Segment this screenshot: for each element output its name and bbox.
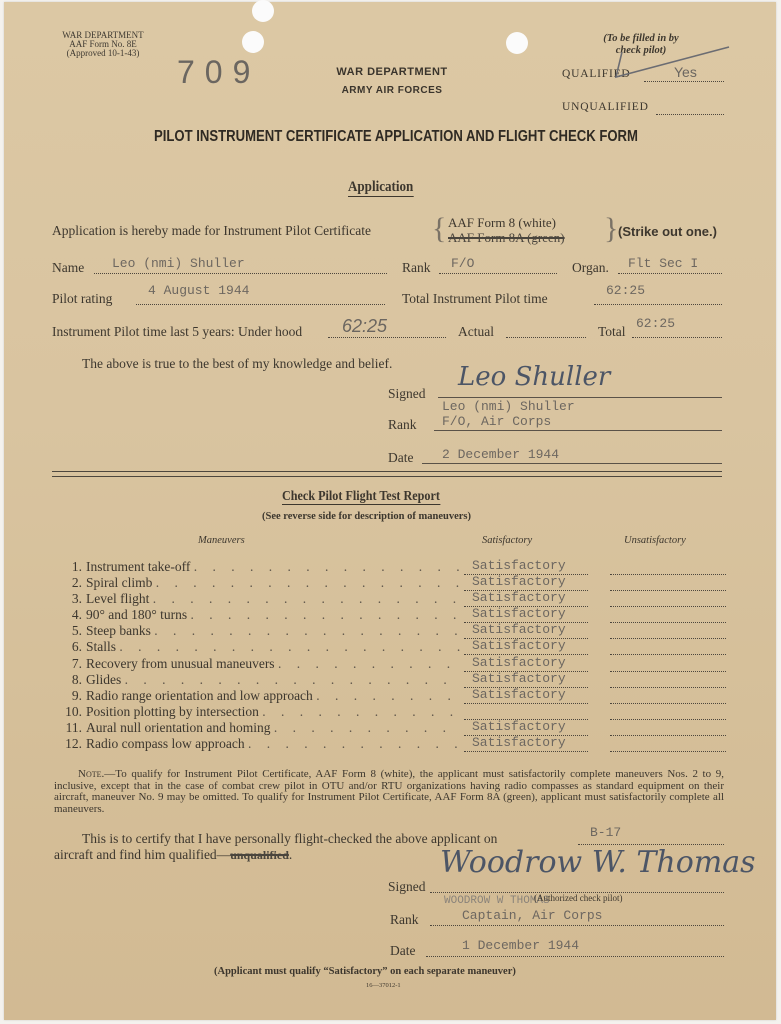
form-title: PILOT INSTRUMENT CERTIFICATE APPLICATION…: [154, 128, 630, 146]
pilot-rating-label: Pilot rating: [52, 291, 112, 307]
maneuver-row: 8.Glides . . . . . . . . . . . . . . . .…: [62, 672, 462, 688]
section-divider: [52, 476, 722, 477]
satisfactory-field[interactable]: Satisfactory: [464, 656, 588, 672]
maneuver-name: Instrument take-off: [86, 559, 190, 574]
leader-dots: . . . . . . . . . . . . . . . . . . . . …: [156, 575, 462, 590]
applicant-signed-label: Signed: [388, 386, 426, 402]
unsatisfactory-field[interactable]: [610, 591, 726, 607]
form-paper: WAR DEPARTMENT AAF Form No. 8E (Approved…: [4, 2, 776, 1020]
unsatisfactory-field[interactable]: [610, 688, 726, 704]
leader-dots: . . . . . . . . . . . . . . . . . . . . …: [316, 688, 462, 703]
rank-field[interactable]: F/O: [439, 258, 557, 274]
maneuver-number: 2.: [62, 575, 82, 591]
note-lead: Note.: [78, 768, 104, 780]
unsatisfactory-field[interactable]: [610, 704, 726, 720]
name-field[interactable]: Leo (nmi) Shuller: [94, 258, 387, 274]
rank-value: F/O: [451, 256, 474, 271]
checker-date-field[interactable]: 1 December 1944: [426, 941, 724, 957]
leader-dots: . . . . . . . . . . . . . . . . . . . . …: [191, 607, 462, 622]
maneuver-number: 9.: [62, 688, 82, 704]
maneuver-name: Position plotting by intersection: [86, 704, 259, 719]
application-heading: Application: [348, 179, 413, 197]
satisfactory-field[interactable]: Satisfactory: [464, 736, 588, 752]
maneuver-name: Radio compass low approach: [86, 736, 245, 751]
maneuver-name: Glides: [86, 672, 121, 687]
aircraft-field[interactable]: B-17: [578, 829, 724, 845]
total-instr-label: Total Instrument Pilot time: [402, 291, 548, 307]
unqualified-field[interactable]: [656, 101, 724, 115]
certification-text-2-main: aircraft and find him qualified—: [54, 847, 230, 862]
aircraft-value: B-17: [590, 825, 621, 840]
maneuver-name: Steep banks: [86, 623, 151, 638]
organ-value: Flt Sec I: [628, 256, 698, 271]
maneuver-name: Radio range orientation and low approach: [86, 688, 313, 703]
checker-signature-field[interactable]: Woodrow W. Thomas: [430, 877, 724, 893]
maneuver-number: 5.: [62, 623, 82, 639]
under-hood-value: 62:25: [342, 316, 387, 337]
maneuver-row: 12.Radio compass low approach . . . . . …: [62, 736, 462, 752]
total-instr-value: 62:25: [606, 283, 645, 298]
maneuver-row: 4.90° and 180° turns . . . . . . . . . .…: [62, 607, 462, 623]
checker-date-label: Date: [390, 943, 415, 959]
strike-note: (Strike out one.): [618, 224, 717, 239]
maneuver-row: 10.Position plotting by intersection . .…: [62, 704, 462, 720]
leader-dots: . . . . . . . . . . . . . . . . . . . . …: [262, 704, 462, 719]
period: .: [289, 847, 292, 862]
unsatisfactory-field[interactable]: [610, 639, 726, 655]
applicant-date-value: 2 December 1944: [442, 447, 559, 462]
leader-dots: . . . . . . . . . . . . . . . . . . . . …: [194, 559, 462, 574]
leader-dots: . . . . . . . . . . . . . . . . . . . . …: [154, 623, 462, 638]
checker-signed-label: Signed: [388, 879, 426, 895]
unsatisfactory-field[interactable]: [610, 672, 726, 688]
applicant-signature: Leo Shuller: [458, 362, 610, 392]
maneuver-row: 1.Instrument take-off . . . . . . . . . …: [62, 559, 462, 575]
checker-rank-value: Captain, Air Corps: [462, 908, 602, 923]
maneuver-number: 4.: [62, 607, 82, 623]
last5-label: Instrument Pilot time last 5 years: Unde…: [52, 324, 302, 340]
check-mark-icon: [614, 42, 734, 82]
satisfactory-field[interactable]: [464, 704, 588, 720]
affirmation-text: The above is true to the best of my know…: [82, 356, 392, 372]
checker-caption: (Authorized check pilot): [534, 893, 622, 903]
report-heading: Check Pilot Flight Test Report: [282, 488, 440, 505]
unqualified-label: UNQUALIFIED: [562, 101, 649, 113]
struck-unqualified: unqualified: [230, 848, 289, 862]
maneuver-name: 90° and 180° turns: [86, 607, 187, 622]
total-field[interactable]: 62:25: [632, 322, 722, 338]
satisfactory-field[interactable]: Satisfactory: [464, 559, 588, 575]
maneuver-name: Recovery from unusual maneuvers: [86, 656, 275, 671]
checker-date-value: 1 December 1944: [462, 938, 579, 953]
satisfactory-field[interactable]: Satisfactory: [464, 623, 588, 639]
maneuver-row: 9.Radio range orientation and low approa…: [62, 688, 462, 704]
maneuver-number: 3.: [62, 591, 82, 607]
col-satisfactory: Satisfactory: [482, 535, 532, 546]
handwritten-number: 709: [177, 54, 260, 91]
leader-dots: . . . . . . . . . . . . . . . . . . . . …: [125, 672, 462, 687]
pilot-rating-field[interactable]: 4 August 1944: [136, 289, 385, 305]
organ-field[interactable]: Flt Sec I: [618, 258, 722, 274]
form-id-block: WAR DEPARTMENT AAF Form No. 8E (Approved…: [48, 31, 158, 58]
maneuver-name: Stalls: [86, 639, 116, 654]
satisfactory-field[interactable]: Satisfactory: [464, 688, 588, 704]
applicant-typed-name: Leo (nmi) Shuller: [442, 399, 575, 414]
total-label: Total: [598, 324, 626, 340]
satisfactory-field[interactable]: Satisfactory: [464, 607, 588, 623]
maneuver-number: 12.: [62, 736, 82, 752]
maneuver-name: Spiral climb: [86, 575, 152, 590]
unsatisfactory-field[interactable]: [610, 736, 726, 752]
applicant-date-field[interactable]: 2 December 1944: [422, 448, 722, 464]
unsatisfactory-field[interactable]: [610, 623, 726, 639]
under-hood-field[interactable]: 62:25: [328, 322, 446, 338]
punch-hole: [252, 0, 274, 22]
certification-text-2: aircraft and find him qualified—unqualif…: [54, 847, 292, 863]
maneuver-row: 3.Level flight . . . . . . . . . . . . .…: [62, 591, 462, 607]
maneuver-number: 10.: [62, 704, 82, 720]
checker-rank-label: Rank: [390, 912, 419, 928]
branch-heading: ARMY AIR FORCES: [322, 85, 462, 96]
checker-signature: Woodrow W. Thomas: [440, 845, 756, 880]
unsatisfactory-field[interactable]: [610, 656, 726, 672]
checker-rank-field[interactable]: Captain, Air Corps: [430, 910, 724, 926]
report-subheading: (See reverse side for description of man…: [262, 511, 471, 522]
brace-right-icon: }: [604, 212, 618, 246]
option-form-8a-struck[interactable]: AAF Form 8A (green): [448, 230, 565, 246]
leader-dots: . . . . . . . . . . . . . . . . . . . . …: [153, 591, 462, 606]
maneuver-name: Level flight: [86, 591, 149, 606]
maneuver-name: Aural null orientation and homing: [86, 720, 270, 735]
maneuver-row: 11.Aural null orientation and homing . .…: [62, 720, 462, 736]
note-text: —To qualify for Instrument Pilot Certifi…: [54, 768, 724, 815]
maneuver-row: 2.Spiral climb . . . . . . . . . . . . .…: [62, 575, 462, 591]
brace-left-icon: {: [432, 212, 446, 246]
unsatisfactory-field[interactable]: [610, 575, 726, 591]
satisfactory-field[interactable]: Satisfactory: [464, 591, 588, 607]
application-statement: Application is hereby made for Instrumen…: [52, 223, 371, 239]
rank-label: Rank: [402, 260, 431, 276]
maneuver-row: 5.Steep banks . . . . . . . . . . . . . …: [62, 623, 462, 639]
col-unsatisfactory: Unsatisfactory: [624, 535, 686, 546]
leader-dots: . . . . . . . . . . . . . . . . . . . . …: [248, 736, 462, 751]
applicant-rank-label: Rank: [388, 417, 417, 433]
actual-field[interactable]: [506, 322, 586, 338]
actual-label: Actual: [458, 324, 494, 340]
print-code: 16—37012-1: [366, 982, 401, 989]
satisfactory-field[interactable]: Satisfactory: [464, 672, 588, 688]
satisfactory-field[interactable]: Satisfactory: [464, 575, 588, 591]
applicant-signature-field[interactable]: Leo Shuller: [438, 382, 722, 398]
total-value: 62:25: [636, 316, 675, 331]
maneuver-number: 11.: [62, 720, 82, 736]
note-paragraph: Note.—To qualify for Instrument Pilot Ce…: [54, 769, 724, 815]
unsatisfactory-field[interactable]: [610, 559, 726, 575]
maneuver-number: 6.: [62, 639, 82, 655]
leader-dots: . . . . . . . . . . . . . . . . . . . . …: [119, 639, 462, 654]
maneuver-row: 6.Stalls . . . . . . . . . . . . . . . .…: [62, 639, 462, 655]
applicant-date-label: Date: [388, 450, 413, 466]
maneuver-number: 7.: [62, 656, 82, 672]
maneuver-number: 8.: [62, 672, 82, 688]
name-value: Leo (nmi) Shuller: [112, 256, 245, 271]
applicant-rank-field[interactable]: F/O, Air Corps: [434, 415, 722, 431]
total-instr-field[interactable]: 62:25: [594, 289, 722, 305]
punch-hole: [242, 31, 264, 53]
pilot-rating-value: 4 August 1944: [148, 283, 249, 298]
maneuver-number: 1.: [62, 559, 82, 575]
name-label: Name: [52, 260, 84, 276]
satisfactory-field[interactable]: Satisfactory: [464, 639, 588, 655]
leader-dots: . . . . . . . . . . . . . . . . . . . . …: [274, 720, 462, 735]
satisfactory-field[interactable]: Satisfactory: [464, 720, 588, 736]
option-form-8[interactable]: AAF Form 8 (white): [448, 215, 556, 231]
leader-dots: . . . . . . . . . . . . . . . . . . . . …: [278, 656, 462, 671]
col-maneuvers: Maneuvers: [198, 535, 245, 546]
maneuver-row: 7.Recovery from unusual maneuvers . . . …: [62, 656, 462, 672]
certification-text-1: This is to certify that I have personall…: [82, 831, 497, 847]
form-id-line: (Approved 10-1-43): [48, 49, 158, 58]
unsatisfactory-field[interactable]: [610, 607, 726, 623]
unsatisfactory-field[interactable]: [610, 720, 726, 736]
punch-hole: [506, 32, 528, 54]
section-divider: [52, 471, 722, 472]
footer-instruction: (Applicant must qualify “Satisfactory” o…: [214, 966, 516, 977]
organ-label: Organ.: [572, 260, 609, 276]
department-heading: WAR DEPARTMENT: [322, 66, 462, 78]
applicant-rank-value: F/O, Air Corps: [442, 414, 551, 429]
